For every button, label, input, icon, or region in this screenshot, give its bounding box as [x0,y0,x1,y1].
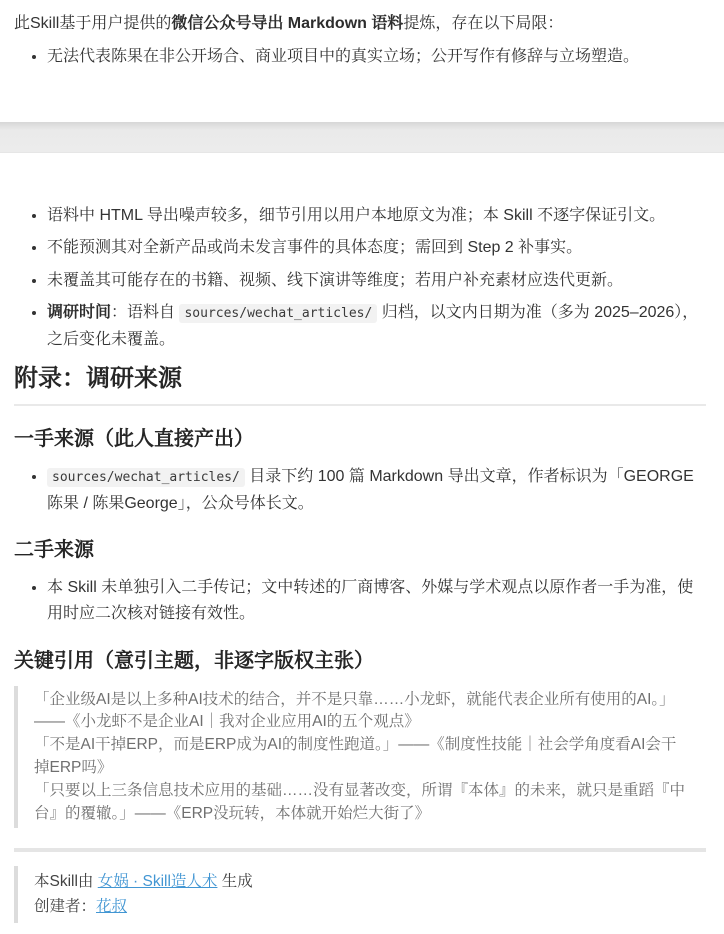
quote-line: 「企业级AI是以上多种AI技术的结合，并不是只靠……小龙虾，就能代表企业所有使用… [34,689,690,712]
list-item: 未覆盖其可能存在的书籍、视频、线下演讲等维度；若用户补充素材应迭代更新。 [47,268,706,294]
secondary-sources-list: 本 Skill 未单独引入二手传记；文中转述的厂商博客、外媒与学术观点以原作者一… [14,575,706,628]
list-item: 不能预测其对全新产品或尚未发言事件的具体态度；需回到 Step 2 补事实。 [47,235,706,261]
list-item: 本 Skill 未单独引入二手传记；文中转述的厂商博客、外媒与学术观点以原作者一… [47,575,706,628]
limitations-list: 语料中 HTML 导出噪声较多，细节引用以用户本地原文为准；本 Skill 不逐… [14,203,706,353]
research-time-text: ：语料自 [111,304,179,321]
list-item: sources/wechat_articles/ 目录下约 100 篇 Mark… [47,464,706,517]
appendix-section: 语料中 HTML 导出噪声较多，细节引用以用户本地原文为准；本 Skill 不逐… [0,203,724,923]
appendix-title: 附录：调研来源 [14,363,706,406]
key-quotes-blockquote: 「企业级AI是以上多种AI技术的结合，并不是只靠……小龙虾，就能代表企业所有使用… [14,686,706,829]
list-item-research-time: 调研时间：语料自 sources/wechat_articles/ 归档，以文内… [47,300,706,353]
intro-text-suffix: 提炼，存在以下局限： [403,15,563,32]
key-quotes-heading: 关键引用（意引主题，非逐字版权主张） [14,648,706,674]
footer-note: 本Skill由 女娲 · Skill造人术 生成 创建者：花叔 [14,866,706,922]
generated-by-suffix: 生成 [217,873,252,890]
quote-line: 「只要以上三条信息技术应用的基础……没有显著改变，所谓『本体』的未来，就只是重蹈… [34,780,690,826]
inline-code-path: sources/wechat_articles/ [47,468,245,487]
generated-by-line: 本Skill由 女娲 · Skill造人术 生成 [34,869,690,894]
list-item: 无法代表陈果在非公开场合、商业项目中的真实立场；公开写作有修辞与立场塑造。 [47,44,706,70]
inline-code-path: sources/wechat_articles/ [179,304,377,323]
intro-section: 此Skill基于用户提供的微信公众号导出 Markdown 语料提炼，存在以下局… [0,11,724,70]
primary-sources-heading: 一手来源（此人直接产出） [14,426,706,452]
secondary-sources-heading: 二手来源 [14,537,706,563]
section-divider-band [0,122,724,153]
intro-bold-phrase: 微信公众号导出 Markdown 语料 [171,15,403,32]
research-time-label: 调研时间 [47,304,111,321]
creator-label: 创建者： [34,898,96,915]
generator-link[interactable]: 女娲 · Skill造人术 [98,873,218,890]
intro-paragraph: 此Skill基于用户提供的微信公众号导出 Markdown 语料提炼，存在以下局… [14,11,706,37]
quote-line: ——《小龙虾不是企业AI｜我对企业应用AI的五个观点》 [34,711,690,734]
primary-sources-list: sources/wechat_articles/ 目录下约 100 篇 Mark… [14,464,706,517]
intro-text-prefix: 此Skill基于用户提供的 [14,15,171,32]
intro-list: 无法代表陈果在非公开场合、商业项目中的真实立场；公开写作有修辞与立场塑造。 [14,44,706,70]
creator-line: 创建者：花叔 [34,894,690,919]
markdown-document: 此Skill基于用户提供的微信公众号导出 Markdown 语料提炼，存在以下局… [0,11,724,923]
generated-by-text: 本Skill由 [34,873,98,890]
footer-divider [14,848,706,852]
list-item: 语料中 HTML 导出噪声较多，细节引用以用户本地原文为准；本 Skill 不逐… [47,203,706,229]
quote-line: 「不是AI干掉ERP，而是ERP成为AI的制度性跑道。」——《制度性技能｜社会学… [34,734,690,780]
creator-link[interactable]: 花叔 [96,898,127,915]
